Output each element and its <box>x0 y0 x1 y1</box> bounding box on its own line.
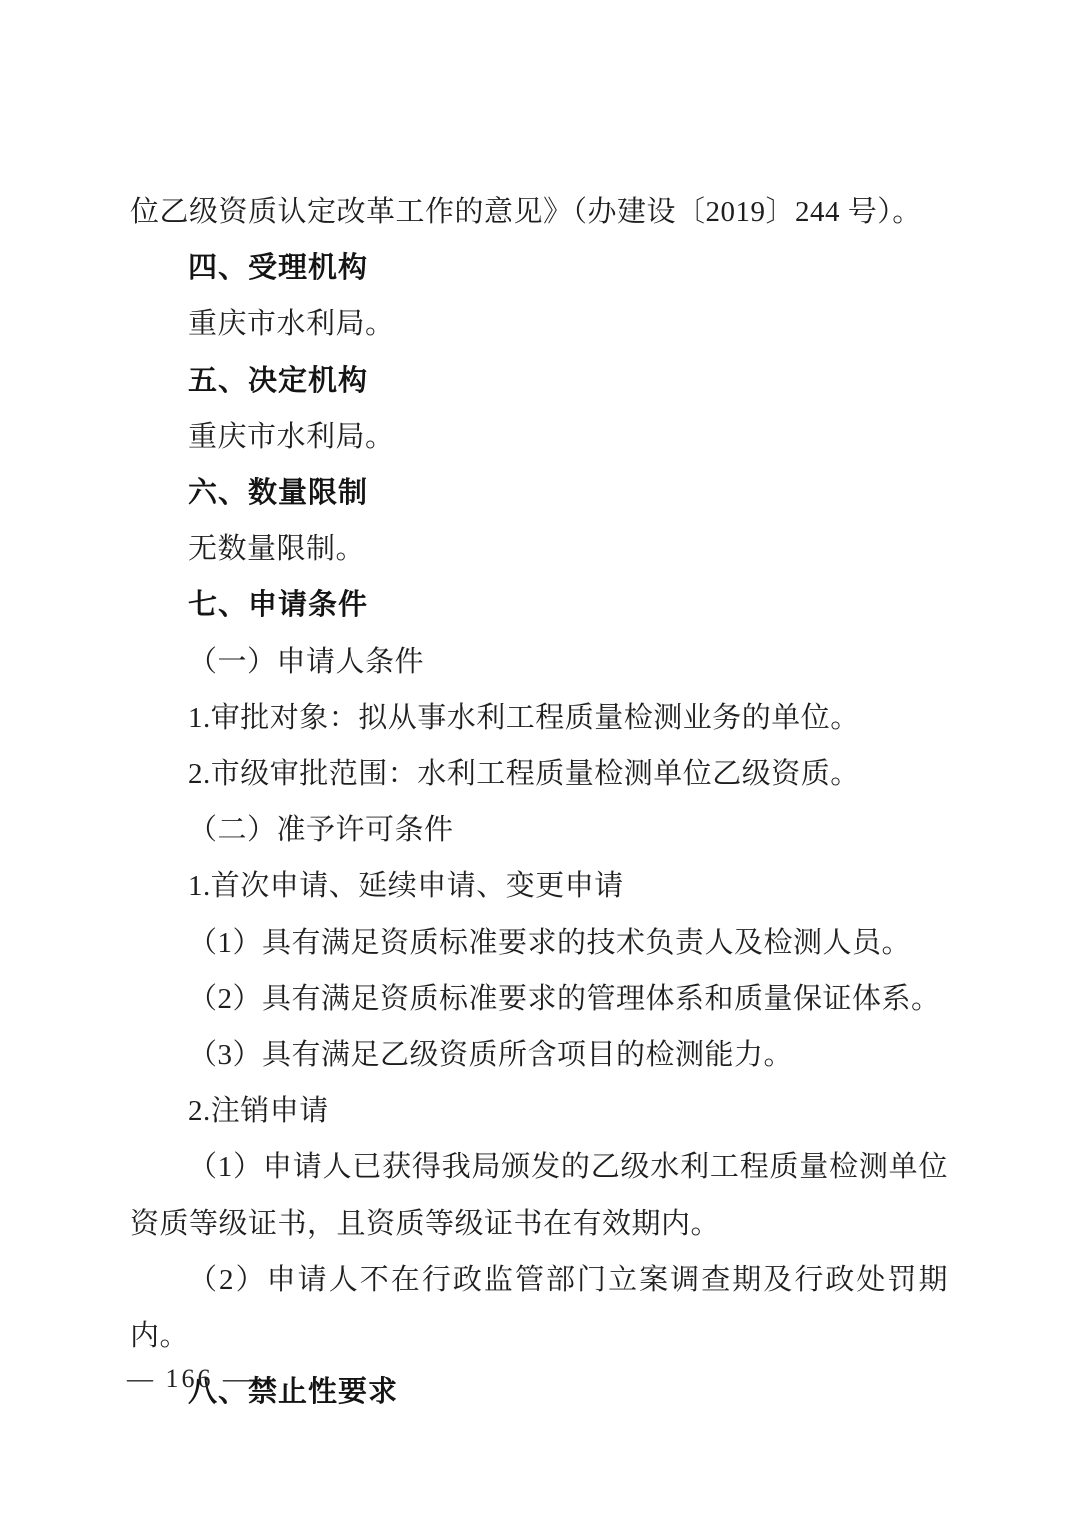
document-body: 位乙级资质认定改革工作的意见》（办建设〔2019〕244 号）。四、受理机构重庆… <box>130 184 948 1420</box>
document-page: 位乙级资质认定改革工作的意见》（办建设〔2019〕244 号）。四、受理机构重庆… <box>0 0 1075 1519</box>
paragraph: 重庆市水利局。 <box>130 409 948 465</box>
paragraph: （二）准予许可条件 <box>130 802 948 858</box>
paragraph: 1.首次申请、延续申请、变更申请 <box>130 858 948 914</box>
section-heading: 五、决定机构 <box>130 353 948 409</box>
paragraph: （1）具有满足资质标准要求的技术负责人及检测人员。 <box>130 915 948 971</box>
page-number: — 166 — <box>127 1362 252 1396</box>
paragraph: （1）申请人已获得我局颁发的乙级水利工程质量检测单位资质等级证书，且资质等级证书… <box>130 1139 948 1251</box>
paragraph: （3）具有满足乙级资质所含项目的检测能力。 <box>130 1027 948 1083</box>
section-heading: 四、受理机构 <box>130 240 948 296</box>
paragraph: 无数量限制。 <box>130 521 948 577</box>
paragraph: （一）申请人条件 <box>130 634 948 690</box>
section-heading: 六、数量限制 <box>130 465 948 521</box>
paragraph: （2）申请人不在行政监管部门立案调查期及行政处罚期内。 <box>130 1252 948 1364</box>
paragraph: 位乙级资质认定改革工作的意见》（办建设〔2019〕244 号）。 <box>130 184 948 240</box>
paragraph: 2.注销申请 <box>130 1083 948 1139</box>
paragraph: 重庆市水利局。 <box>130 296 948 352</box>
section-heading: 七、申请条件 <box>130 577 948 633</box>
paragraph: 1.审批对象：拟从事水利工程质量检测业务的单位。 <box>130 690 948 746</box>
section-heading: 八、禁止性要求 <box>130 1364 948 1420</box>
paragraph: （2）具有满足资质标准要求的管理体系和质量保证体系。 <box>130 971 948 1027</box>
paragraph: 2.市级审批范围：水利工程质量检测单位乙级资质。 <box>130 746 948 802</box>
